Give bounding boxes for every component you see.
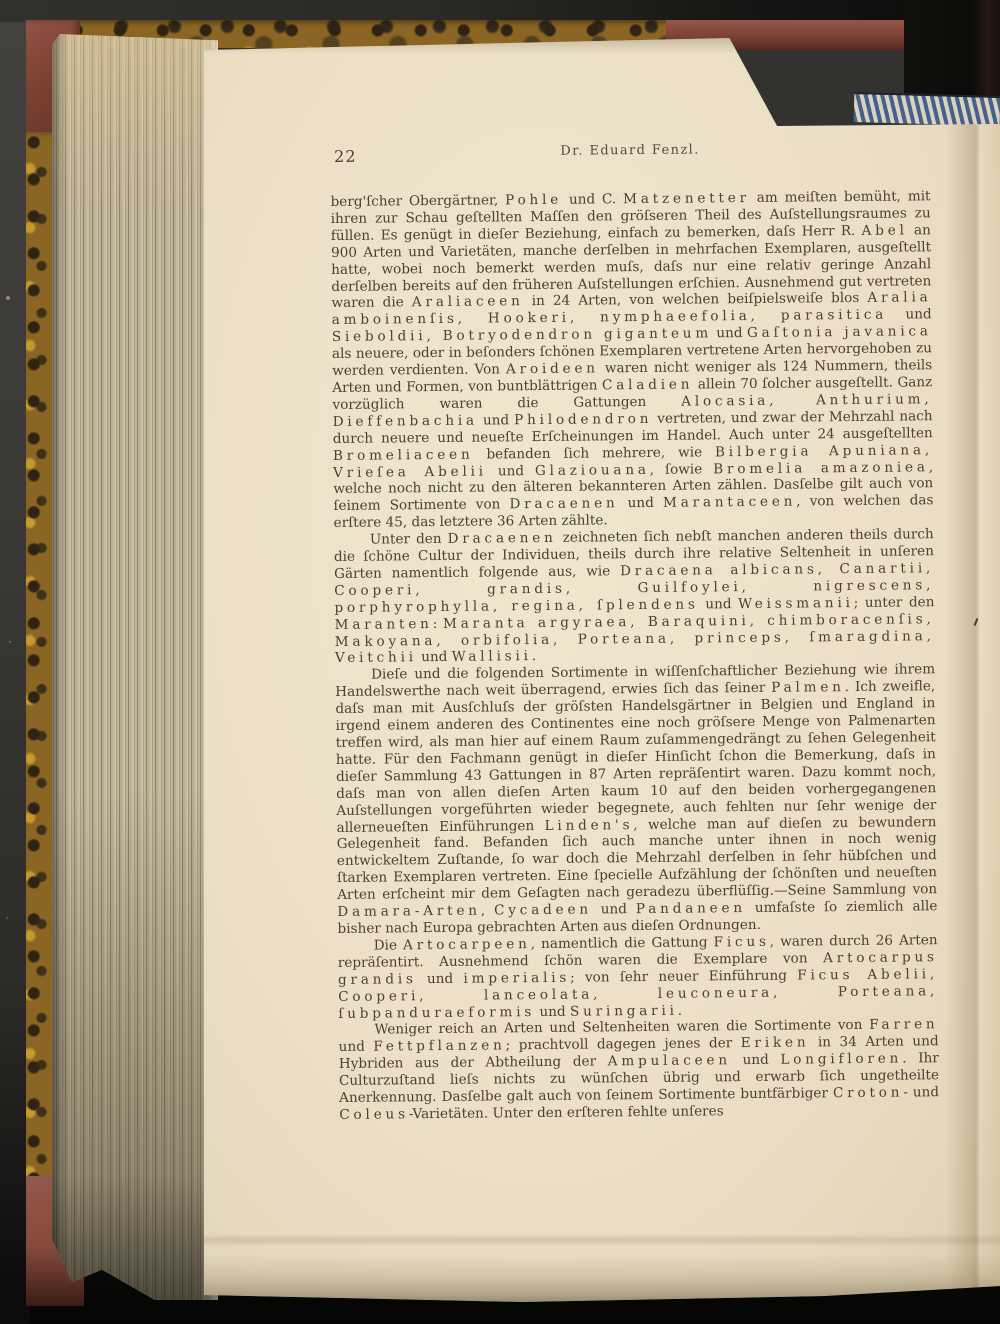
spaced-name: imperialis [463,969,570,986]
spine-head-shadow [904,0,1000,100]
running-header: Dr. Eduard Fenzl. [330,140,930,161]
spaced-name: Artocarpeen [403,936,531,953]
text-run: . [678,1002,682,1018]
spaced-name: Aroideen [506,360,599,377]
text-run: ; von ſehr neuer Einführung [570,967,797,985]
spaced-name: Philodendron [514,411,652,428]
text-run: und [487,463,535,479]
text-run: und [417,970,464,986]
page-header: 22 Dr. Eduard Fenzl. [330,140,930,168]
body-text: berg'ſcher Obergärtner, Pohle und C. Mat… [330,188,939,1124]
spaced-name: Abel [862,222,908,238]
text-run: und [535,1003,570,1019]
spaced-name: Bromeliaceen [333,446,474,463]
text-run: , [481,903,494,919]
spaced-name: Araliaceen [412,294,524,311]
spaced-name: Wallisii [452,649,532,666]
spaced-name: Fettpflanzen [373,1038,505,1055]
text-run: - und [903,1084,939,1100]
text-run: , namentlich die Gattung [531,934,714,952]
spaced-name: Weissmanii [738,595,854,612]
text-run: Unter den [370,531,448,548]
spaced-name: Pandaneen [636,900,746,917]
text-run: und [618,495,663,511]
spaced-name: Glaziouana [535,461,650,478]
text-run: und [699,596,738,612]
text-run: und C. [562,191,623,208]
text-run: ; unter den [854,594,935,611]
spaced-name: Gaſtonia javanica [747,323,932,341]
spaced-name: Cycadeen [494,902,592,919]
spaced-name: Farren [869,1017,938,1034]
backdrop-top [0,0,1000,22]
paragraph: berg'ſcher Obergärtner, Pohle und C. Mat… [330,188,933,532]
spaced-name: Linden's [544,817,633,834]
text-run: und [592,901,636,917]
spaced-name: Dracaenen [448,530,557,547]
text-run: -Varietäten. Unter den erſteren fehlte u… [409,1103,724,1122]
text-run: . Ich zweifle, daſs man mit Ausſchluſs d… [335,678,936,835]
page-number: 22 [334,147,357,166]
spaced-name: Ficus [714,934,770,951]
page-blemish [974,618,979,626]
text-run: , ſowie [650,461,714,478]
spaced-name: Bromelia amazoniea [713,459,929,477]
text-run: und [339,1039,374,1055]
text-run: ; prachtvoll dagegen jenes der [506,1035,741,1053]
text-run: und [731,1052,781,1068]
spaced-name: Suringarii [570,1002,678,1019]
spaced-name: Caladien [602,376,693,393]
paragraph: Weniger reich an Arten und Seltenheiten … [338,1017,939,1124]
spaced-name: Matzenetter [623,190,750,207]
text-run: und [478,412,514,428]
spaced-name: Eriken [741,1035,810,1052]
book-photo: 22 Dr. Eduard Fenzl. berg'ſcher Obergärt… [0,0,1000,1324]
text-run: . [532,649,536,665]
text-run: befanden ſich mehrere, wie [473,444,715,462]
paragraph: Unter den Dracaenen zeichneten ſich nebſ… [334,526,935,667]
spaced-name: Marantaceen [663,494,796,511]
text-run: berg'ſcher Obergärtner, [330,192,505,210]
paragraph: Dieſe und die folgenden Sortimente in wi… [335,662,938,938]
text-run: und [887,307,932,323]
spaced-name: Pohle [505,192,562,209]
spaced-name: Croton [833,1085,903,1102]
spaced-name: Dracaenen [509,496,618,513]
spaced-name: Ampulaceen [608,1052,731,1069]
headband [854,92,1000,126]
text-run: und [712,325,747,341]
text-run: Die [374,937,404,953]
spaced-name: Coleus [339,1106,409,1123]
page-text: 22 Dr. Eduard Fenzl. berg'ſcher Obergärt… [330,140,939,1124]
spaced-name: Longifloren [780,1051,902,1068]
spaced-name: Palmen [771,679,845,696]
spaced-name: Maranten [335,616,433,633]
text-run: : [433,616,443,632]
spaced-name: Damara-Arten [337,903,481,920]
book-page: 22 Dr. Eduard Fenzl. berg'ſcher Obergärt… [204,38,1000,1302]
text-run: und [417,649,452,665]
page-edges [52,34,218,1300]
paragraph: Die Artocarpeen, namentlich die Gattung … [338,932,939,1022]
